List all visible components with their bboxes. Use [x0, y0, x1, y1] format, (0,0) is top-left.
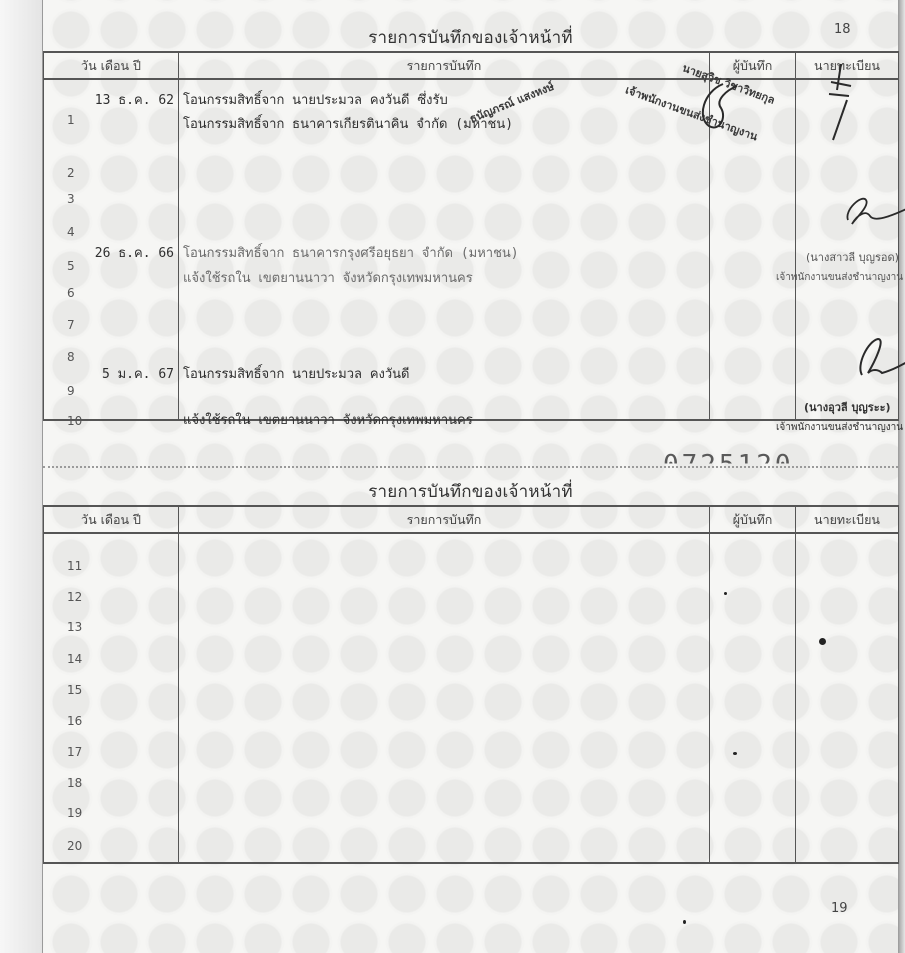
line-number: 6	[67, 286, 75, 300]
entry-line: แจ้งใช้รถใน เขตยานนาวา จังหวัดกรุงเทพมหา…	[183, 409, 473, 430]
line-number: 5	[67, 259, 75, 273]
line-number: 10	[67, 414, 82, 428]
registrar-signature-icon	[838, 335, 905, 385]
column-header-registrar: นายทะเบียน	[796, 506, 899, 533]
line-number: 1	[67, 113, 75, 127]
line-number: 15	[67, 683, 82, 697]
line-number: 16	[67, 714, 82, 728]
recorder-column-page-19	[710, 533, 796, 863]
column-header-entry: รายการบันทึก	[179, 52, 710, 79]
column-header-date: วัน เดือน ปี	[44, 506, 179, 533]
registrar-name: (นางอุวลี บุญระะ)	[804, 398, 891, 416]
column-header-recorder: ผู้บันทึก	[710, 506, 796, 533]
line-number: 2	[67, 166, 75, 180]
date-column-page-18: 1 2 3 4 5 6 7 8 9 10 13 ธ.ค. 62 26 ธ.ค. …	[44, 79, 179, 420]
line-number: 4	[67, 225, 75, 239]
line-number: 9	[67, 384, 75, 398]
entry-line: แจ้งใช้รถใน เขตยานนาวา จังหวัดกรุงเทพมหา…	[183, 267, 473, 288]
section-title-page-18: รายการบันทึกของเจ้าหน้าที่	[43, 24, 898, 51]
entry-column-page-18: โอนกรรมสิทธิ์จาก นายประมวล คงวันดี ซึ่งร…	[179, 79, 710, 420]
entry-line: โอนกรรมสิทธิ์จาก นายประมวล คงวันดี	[183, 363, 410, 384]
scan-left-margin	[0, 0, 42, 953]
scan-speck	[733, 752, 737, 755]
entry-date: 5 ม.ค. 67	[102, 363, 174, 384]
column-header-date: วัน เดือน ปี	[44, 52, 179, 79]
scan-speck	[683, 920, 686, 924]
registrar-column-page-19	[796, 533, 899, 863]
section-title-page-19: รายการบันทึกของเจ้าหน้าที่	[43, 478, 898, 505]
registrar-title: เจ้าพนักงานขนส่งชำนาญงาน	[776, 270, 903, 285]
book-serial-number: 0725120	[663, 450, 794, 480]
scan-speck	[724, 592, 727, 595]
page-fold-line	[43, 466, 898, 468]
registrar-title: เจ้าพนักงานขนส่งชำนาญงาน	[776, 420, 903, 435]
entry-date: 13 ธ.ค. 62	[95, 89, 174, 110]
line-number: 19	[67, 806, 82, 820]
line-number: 11	[67, 559, 82, 573]
column-header-entry: รายการบันทึก	[179, 506, 710, 533]
line-number: 7	[67, 318, 75, 332]
entry-line: โอนกรรมสิทธิ์จาก ธนาคารเกียรตินาคิน จำกั…	[183, 113, 513, 134]
line-number: 12	[67, 590, 82, 604]
line-number: 20	[67, 839, 82, 853]
entry-column-page-19	[179, 533, 710, 863]
recorder-signature-icon	[693, 78, 753, 138]
line-number: 8	[67, 350, 75, 364]
registration-book-page: รายการบันทึกของเจ้าหน้าที่ 18 วัน เดือน …	[42, 0, 898, 953]
entry-line: โอนกรรมสิทธิ์จาก ธนาคารกรุงศรีอยุธยา จำก…	[183, 242, 519, 263]
scan-speck	[819, 638, 826, 645]
officer-record-table-page-19: วัน เดือน ปี รายการบันทึก ผู้บันทึก นายท…	[43, 505, 899, 864]
registrar-name: (นางสาวลี บุญรอด)	[806, 248, 899, 266]
registrar-signature-icon	[823, 60, 863, 150]
date-column-page-19: 11 12 13 14 15 16 17 18 19 20	[44, 533, 179, 863]
line-number: 14	[67, 652, 82, 666]
line-number: 3	[67, 192, 75, 206]
page-number-18: 18	[834, 22, 851, 37]
line-number: 18	[67, 776, 82, 790]
registrar-signature-icon	[828, 190, 905, 230]
page-number-19: 19	[831, 901, 848, 916]
entry-date: 26 ธ.ค. 66	[95, 242, 174, 263]
line-number: 13	[67, 620, 82, 634]
line-number: 17	[67, 745, 82, 759]
entry-line: โอนกรรมสิทธิ์จาก นายประมวล คงวันดี ซึ่งร…	[183, 89, 448, 110]
